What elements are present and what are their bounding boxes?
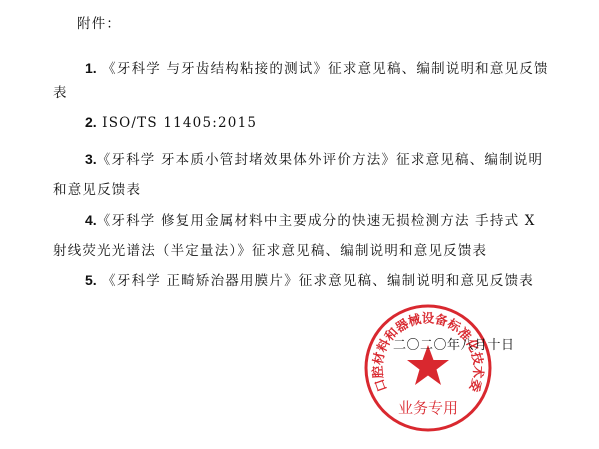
item-number: 2.: [85, 114, 97, 130]
item-text: 《牙科学 与牙齿结构粘接的测试》征求意见稿、编制说明和意见反馈: [97, 61, 549, 77]
item-3-cont: 和意见反馈表: [53, 178, 141, 198]
item-text: ISO/TS 11405:2015: [97, 115, 257, 131]
item-number: 5.: [85, 272, 97, 288]
item-number: 4.: [85, 212, 97, 228]
item-4-cont: 射线荧光光谱法（半定量法）》征求意见稿、编制说明和意见反馈表: [53, 239, 487, 259]
item-4: 4.《牙科学 修复用金属材料中主要成分的快速无损检测方法 手持式 X: [85, 209, 536, 229]
item-1: 1. 《牙科学 与牙齿结构粘接的测试》征求意见稿、编制说明和意见反馈: [85, 57, 549, 77]
item-3: 3.《牙科学 牙本质小管封堵效果体外评价方法》征求意见稿、编制说明: [85, 148, 543, 168]
document-date: 二〇二〇年八月十日: [393, 334, 515, 353]
official-seal-icon: 全国口腔材料和器械设备标准化技术委员会 业务专用: [363, 303, 493, 433]
item-1-cont: 表: [53, 81, 68, 101]
item-2: 2. ISO/TS 11405:2015: [85, 114, 257, 131]
item-text: 《牙科学 修复用金属材料中主要成分的快速无损检测方法 手持式 X: [97, 213, 536, 229]
seal-bottom-text: 业务专用: [398, 399, 458, 417]
item-number: 3.: [85, 151, 97, 167]
attachment-heading: 附件：: [77, 12, 121, 32]
item-text: 《牙科学 牙本质小管封堵效果体外评价方法》征求意见稿、编制说明: [97, 152, 544, 168]
item-text: 《牙科学 正畸矫治器用膜片》征求意见稿、编制说明和意见反馈表: [97, 273, 534, 289]
item-5: 5. 《牙科学 正畸矫治器用膜片》征求意见稿、编制说明和意见反馈表: [85, 269, 534, 289]
item-number: 1.: [85, 60, 97, 76]
